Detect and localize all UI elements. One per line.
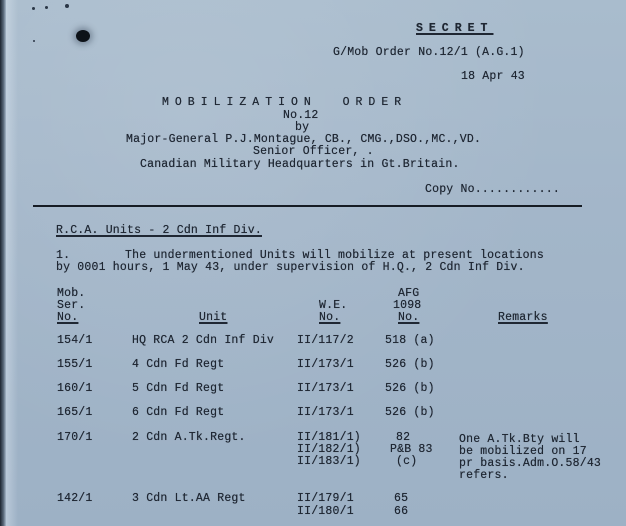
cell-unit: HQ RCA 2 Cdn Inf Div <box>132 334 274 347</box>
cell-afg-no: 518 (a) <box>385 334 435 347</box>
cell-we-no: II/173/1 <box>297 406 354 419</box>
classification-label: SECRET <box>416 22 493 35</box>
ink-speck <box>32 7 35 10</box>
header-afg-no: No. <box>398 311 419 324</box>
cell-afg-no: 65 <box>394 492 408 505</box>
cell-unit: 5 Cdn Fd Regt <box>132 382 224 395</box>
ink-speck <box>33 40 35 42</box>
cell-unit: 6 Cdn Fd Regt <box>132 406 224 419</box>
document-title: MOBILIZATION ORDER <box>162 96 407 109</box>
cell-afg-no: (c) <box>396 455 417 468</box>
cell-we-no: II/183/1) <box>297 455 361 468</box>
copy-number: Copy No............ <box>425 183 560 196</box>
cell-mob-ser-no: 165/1 <box>57 406 93 419</box>
cell-afg-no: 526 (b) <box>385 382 435 395</box>
cell-we-no: II/180/1 <box>297 505 354 518</box>
header-remarks: Remarks <box>498 311 548 324</box>
cell-we-no: II/179/1 <box>297 492 354 505</box>
ink-speck <box>45 6 48 9</box>
cell-afg-no: 66 <box>394 505 408 518</box>
author-position: Senior Officer, . <box>253 145 374 158</box>
punch-hole <box>76 30 90 42</box>
cell-we-no: II/173/1 <box>297 382 354 395</box>
cell-we-no: II/173/1 <box>297 358 354 371</box>
order-reference: G/Mob Order No.12/1 (A.G.1) <box>333 46 525 59</box>
order-date: 18 Apr 43 <box>461 70 525 83</box>
cell-afg-no: 526 (b) <box>385 358 435 371</box>
cell-unit: 4 Cdn Fd Regt <box>132 358 224 371</box>
cell-mob-ser-no: 142/1 <box>57 492 93 505</box>
cell-mob-ser-no: 155/1 <box>57 358 93 371</box>
header-no: No. <box>57 311 78 324</box>
cell-unit: 3 Cdn Lt.AA Regt <box>132 492 246 505</box>
header-we-no: No. <box>319 311 340 324</box>
horizontal-rule <box>33 205 582 207</box>
page-edge-glare <box>6 0 18 526</box>
section-heading: R.C.A. Units - 2 Cdn Inf Div. <box>56 224 262 237</box>
cell-afg-no: 526 (b) <box>385 406 435 419</box>
cell-mob-ser-no: 160/1 <box>57 382 93 395</box>
header-unit: Unit <box>199 311 227 324</box>
cell-we-no: II/117/2 <box>297 334 354 347</box>
author-organization: Canadian Military Headquarters in Gt.Bri… <box>140 158 460 171</box>
cell-remarks: refers. <box>459 469 509 482</box>
cell-mob-ser-no: 170/1 <box>57 431 93 444</box>
paragraph-line-2: by 0001 hours, 1 May 43, under supervisi… <box>56 261 525 274</box>
cell-mob-ser-no: 154/1 <box>57 334 93 347</box>
ink-speck <box>65 4 69 8</box>
cell-unit: 2 Cdn A.Tk.Regt. <box>132 431 246 444</box>
